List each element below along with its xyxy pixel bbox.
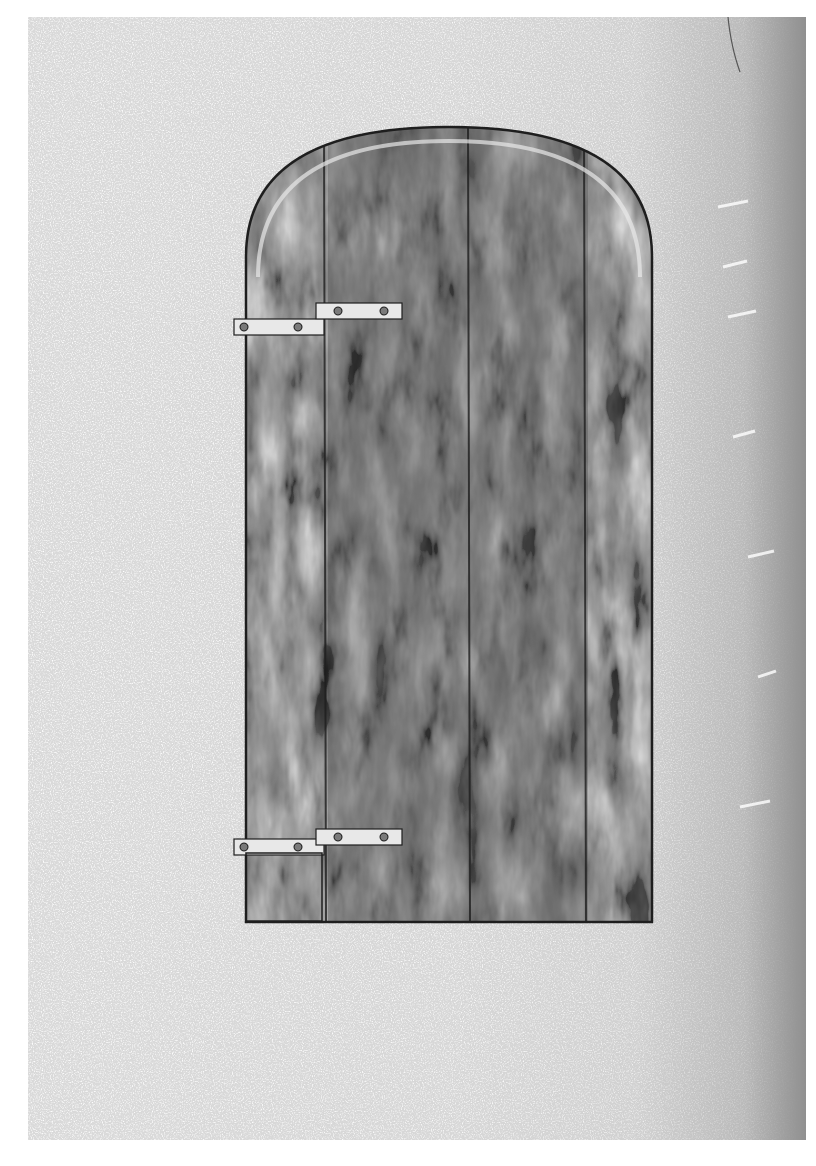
rivet	[334, 307, 342, 315]
hinge-strap-inner	[316, 303, 402, 319]
door-body	[246, 127, 652, 922]
rivet	[380, 833, 388, 841]
rivet	[294, 843, 302, 851]
door-scene	[28, 17, 806, 1140]
arched-door	[234, 127, 652, 922]
hinge-strap-inner	[316, 829, 402, 845]
dark-stain	[328, 127, 588, 922]
rivet	[240, 323, 248, 331]
rivet	[240, 843, 248, 851]
rivet	[380, 307, 388, 315]
rivet	[294, 323, 302, 331]
rivet	[334, 833, 342, 841]
photograph: Weathered arched wooden door/shutter of …	[28, 17, 806, 1140]
